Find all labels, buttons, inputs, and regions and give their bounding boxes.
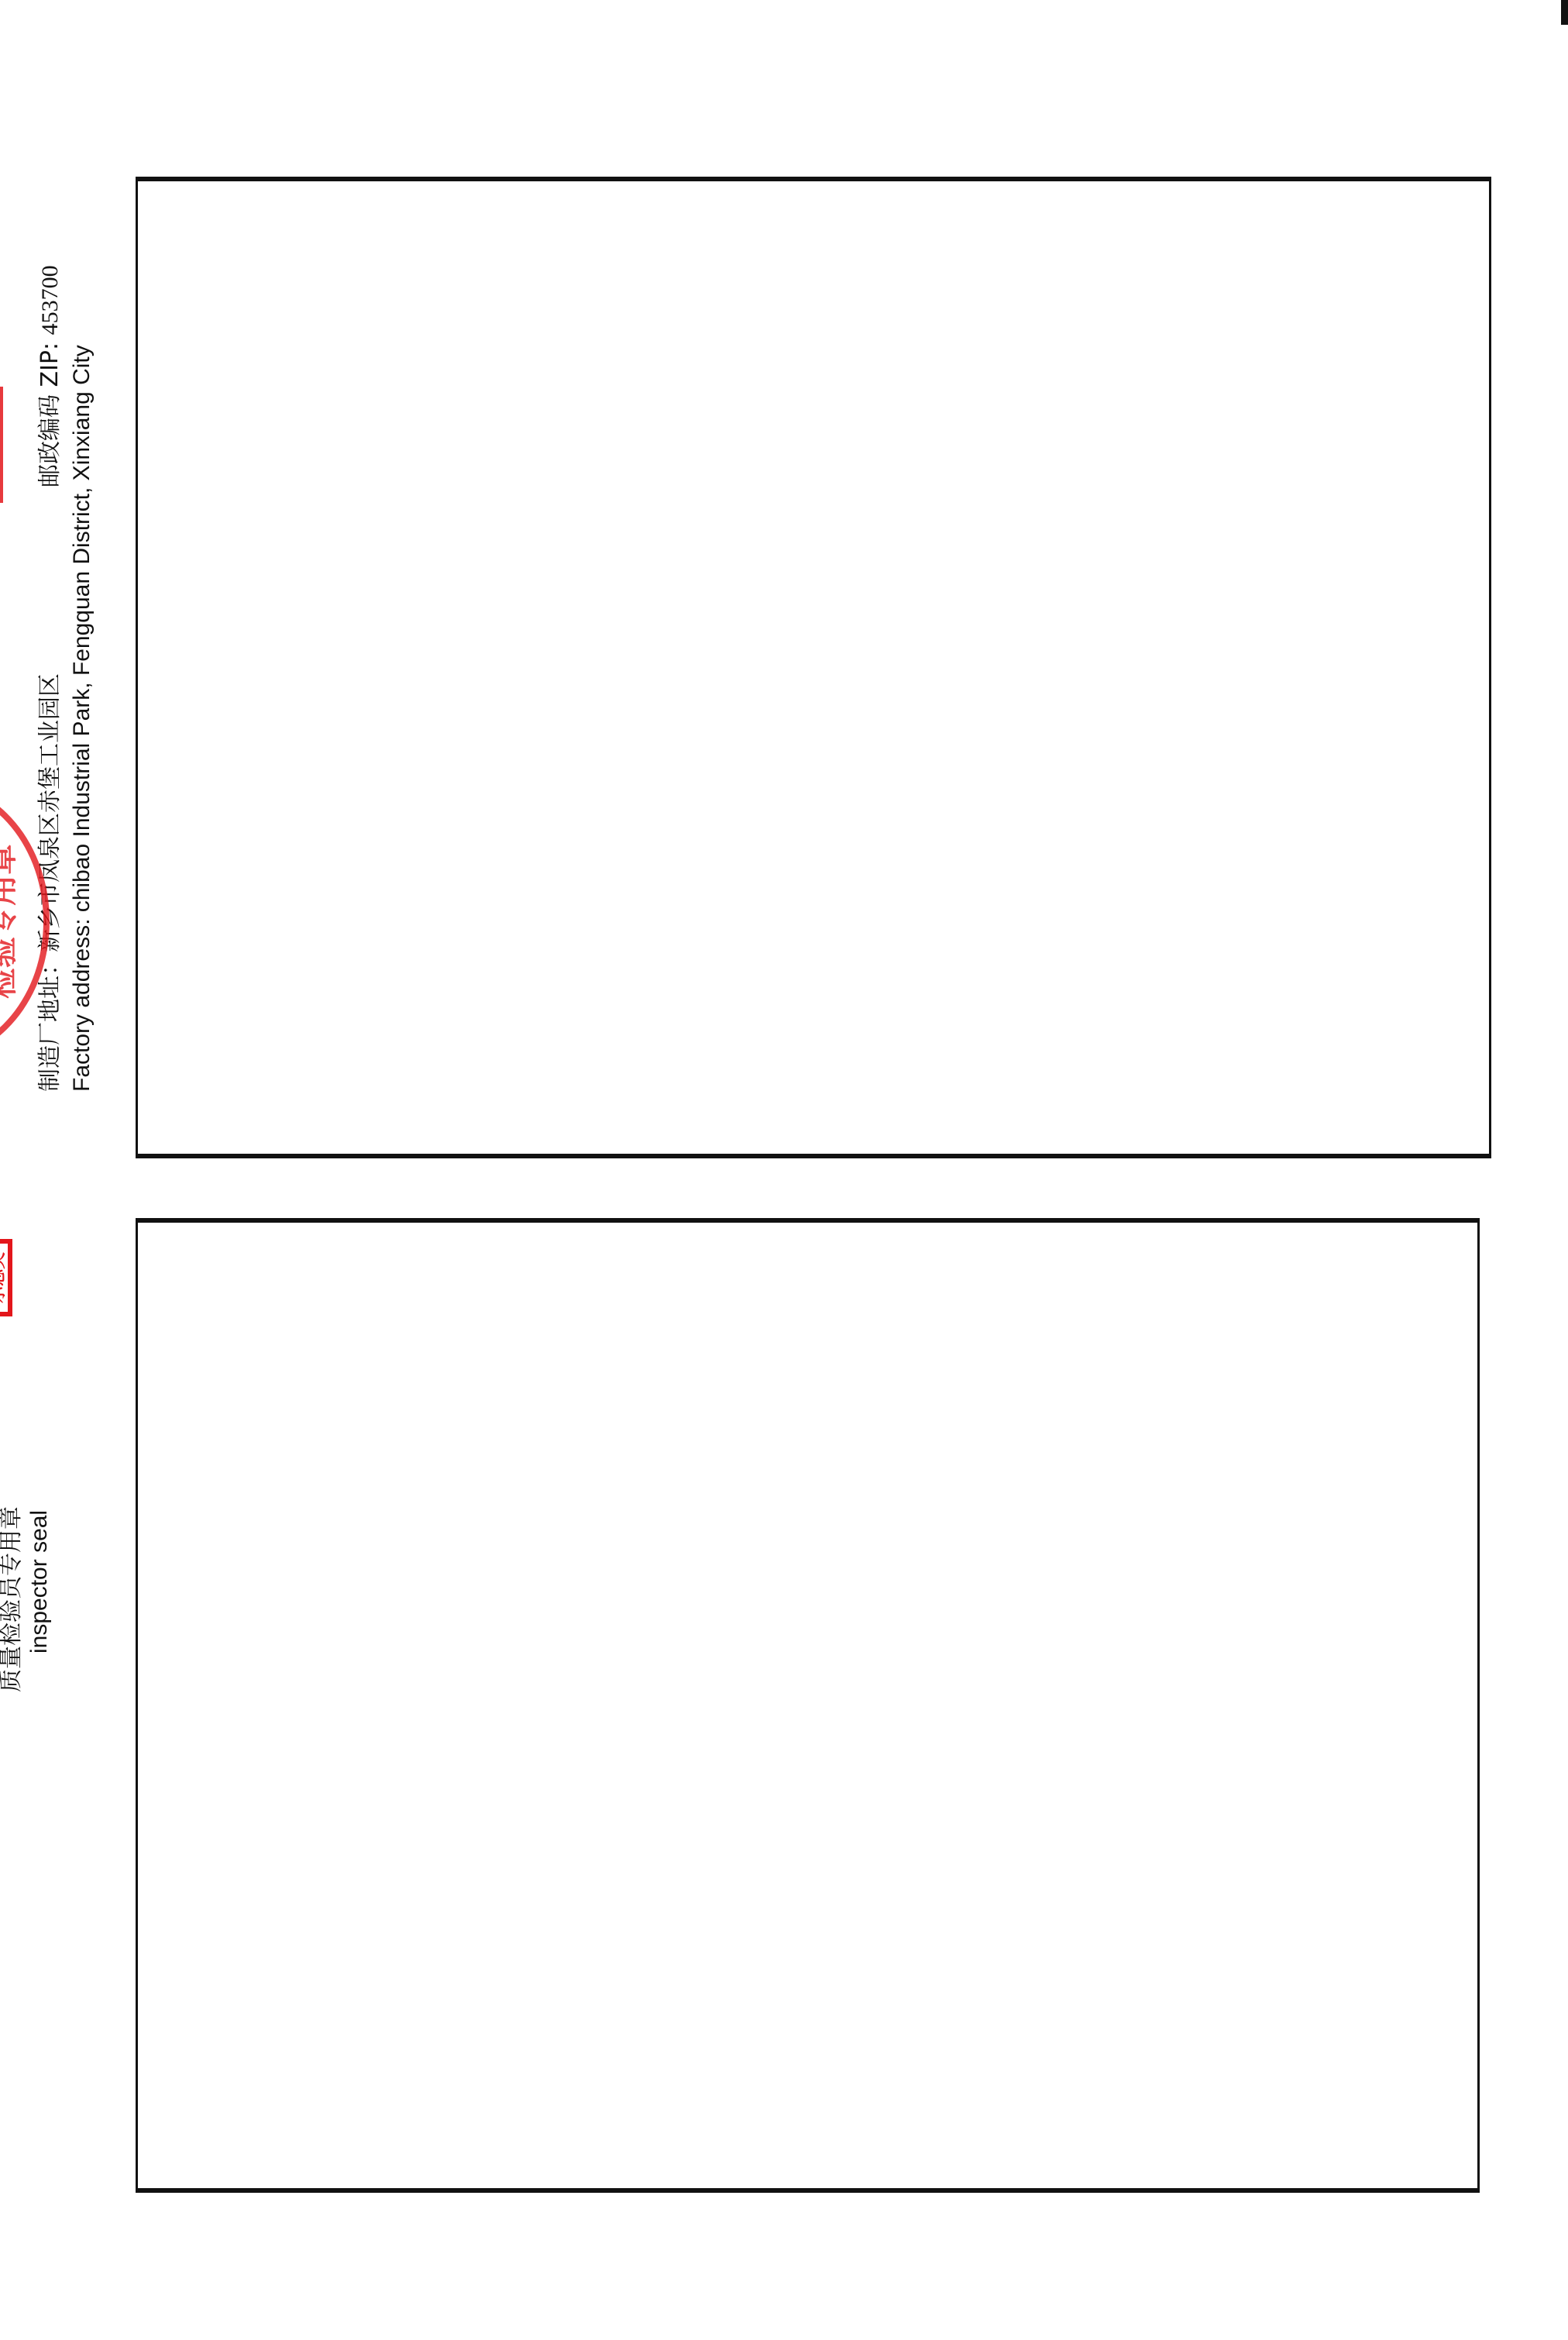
test-page: 8、试验用瓶 Cylinder for testing 返修部位（简图）Repa… [136,1218,1480,2193]
factory-address-en: Factory address: chibao Industrial Park,… [69,345,95,1092]
certificate-content: 寒鸽钢瓶 新乡市赛特钢瓶有限公司 Xinxiang Safety Cylinde… [0,177,138,1154]
qc-square-stamp: 郭明 [0,387,3,503]
scan-edge-mark [1561,0,1568,25]
zip-label: 邮政编码 ZIP: 453700 [30,265,64,487]
certificate-page: 寒鸽钢瓶 新乡市赛特钢瓶有限公司 Xinxiang Safety Cylinde… [136,177,1491,1158]
test-page-content: 8、试验用瓶 Cylinder for testing 返修部位（简图）Repa… [0,1218,138,2188]
inspector-seal-label-en: inspector seal [26,1510,53,1653]
inspector-seal-label-cn: 质量检验员专用章 [0,1506,26,1692]
inspector-stamp: 尔志英 [0,1239,12,1316]
